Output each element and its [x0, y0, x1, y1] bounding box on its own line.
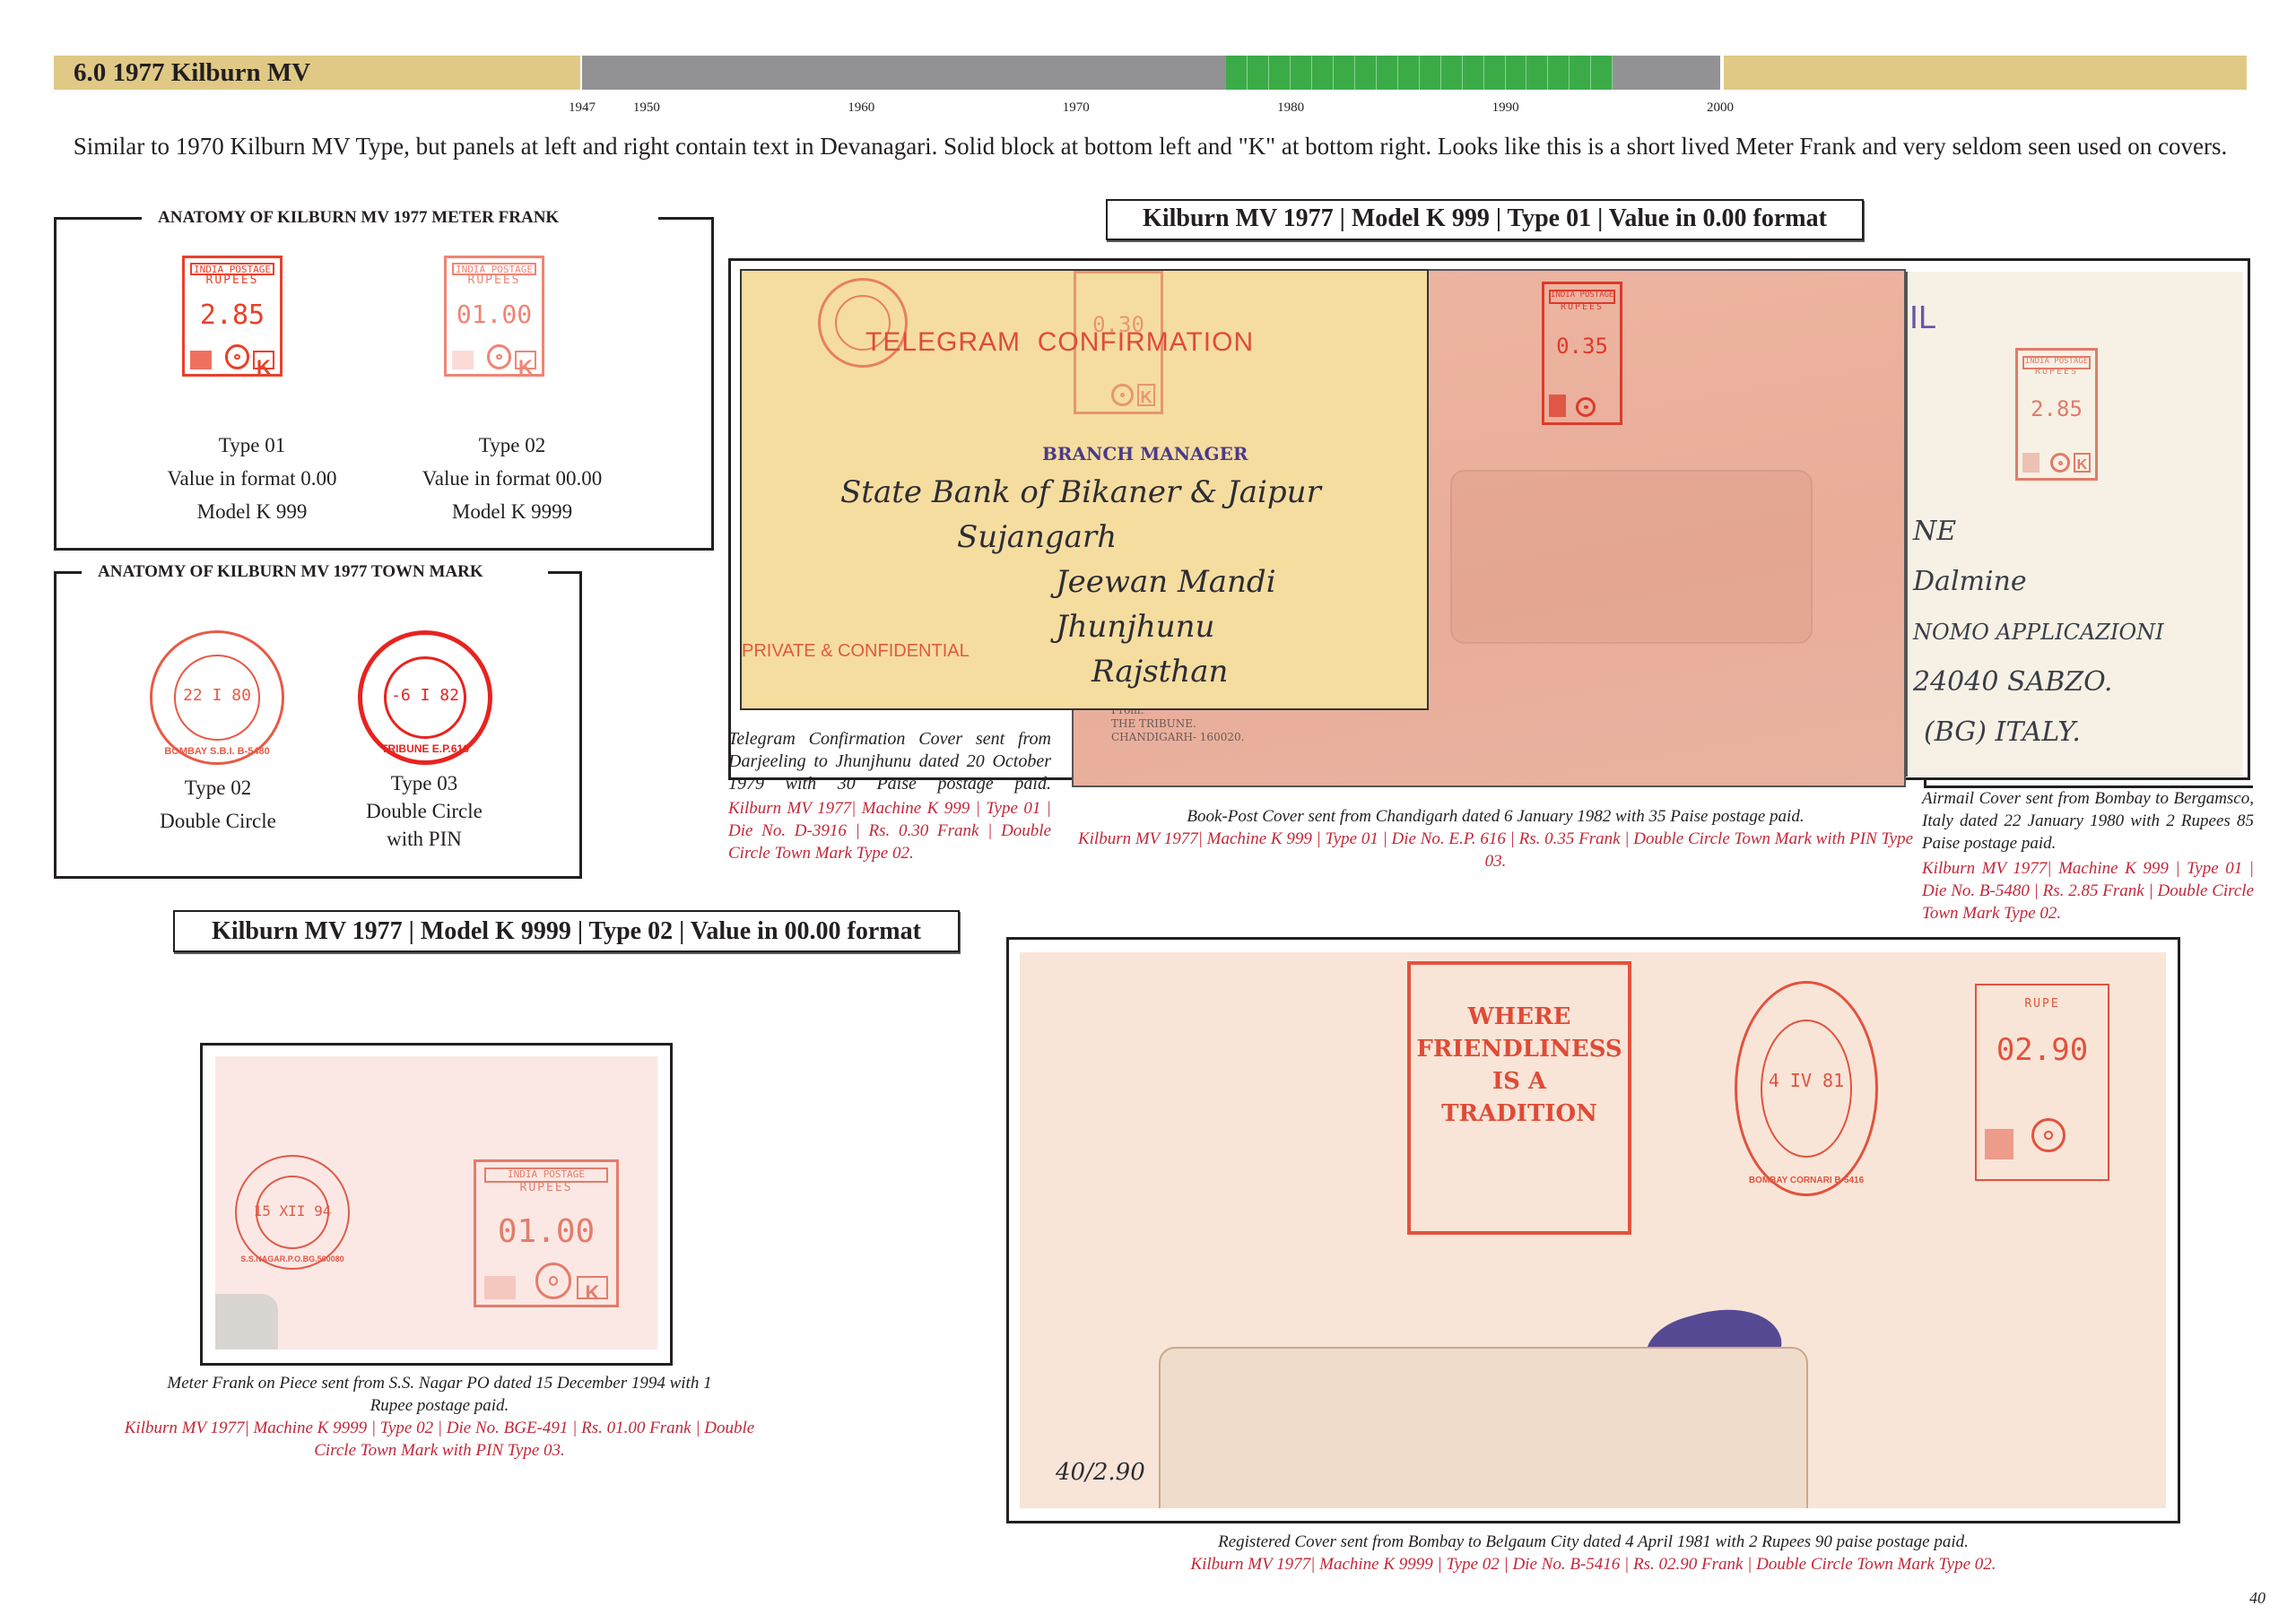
- meter-frank-type02: INDIA POSTAGE RUPEES 01.00 K: [444, 256, 544, 377]
- cover-telegram[interactable]: 0.30 K TELEGRAM CONFIRMATION BRANCH MANA…: [740, 269, 1429, 710]
- ashoka-chakra-icon: [1576, 397, 1596, 417]
- townmark-type03: -6 I 82 TRIBUNE E.P.616: [358, 630, 492, 765]
- caption-airmail: Airmail Cover sent from Bombay to Bergam…: [1922, 787, 2254, 924]
- page-title: 6.0 1977 Kilburn MV: [54, 56, 580, 90]
- timeline-tick-label: 1980: [1277, 100, 1304, 116]
- envelope-window: [1450, 470, 1813, 644]
- timeline-year-segment: [1420, 56, 1441, 90]
- cover-airmail[interactable]: IL INDIA POSTAGE RUPEES 2.85 K NE Dalmin…: [1906, 272, 2243, 777]
- handwritten-rate: 40/2.90: [1056, 1459, 1145, 1486]
- timeline-tick-label: 2000: [1707, 100, 1734, 116]
- townmark-type03-label: Type 03 Double Circle with PIN: [366, 769, 483, 853]
- ashoka-chakra-icon: [225, 344, 250, 369]
- caption-registered: Registered Cover sent from Bombay to Bel…: [1006, 1531, 2180, 1575]
- ashoka-chakra-icon: [1111, 384, 1133, 405]
- cover-registered[interactable]: WHERE FRIENDLINESS IS A TRADITION 4 IV 8…: [1020, 952, 2166, 1508]
- frank-type01-label: Type 01 Value in format 0.00 Model K 999: [167, 429, 336, 528]
- registered-meter: RUPE 02.90: [1975, 984, 2109, 1181]
- meter-frank-type01: INDIA POSTAGE RUPEES 2.85 K: [182, 256, 283, 377]
- timeline-year-segment: [1527, 56, 1549, 90]
- anatomy-frank-box: ANATOMY OF KILBURN MV 1977 METER FRANK I…: [54, 217, 714, 551]
- timeline-tick-label: 1970: [1063, 100, 1090, 116]
- timeline-tick-label: 1950: [633, 100, 660, 116]
- section-type02-headline: Kilburn MV 1977 | Model K 9999 | Type 02…: [173, 910, 960, 952]
- piece-townmark: 15 XII 94 S.S.NAGAR.P.O.BG.560080: [235, 1155, 350, 1270]
- timeline-tick-label: 1960: [848, 100, 874, 116]
- frank-type02-label: Type 02 Value in format 00.00 Model K 99…: [422, 429, 603, 528]
- section-type01-headline: Kilburn MV 1977 | Model K 999 | Type 01 …: [1106, 199, 1864, 240]
- telegram-banner: TELEGRAM CONFIRMATION: [865, 327, 1254, 358]
- caption-piece: Meter Frank on Piece sent from S.S. Naga…: [108, 1372, 771, 1462]
- envelope-window: [1159, 1347, 1808, 1508]
- intro-paragraph: Similar to 1970 Kilburn MV Type, but pan…: [54, 131, 2247, 161]
- airmail-address: NE Dalmine NOMO APPLICAZIONI 24040 SABZO…: [1913, 507, 2164, 758]
- ashoka-chakra-icon: [535, 1263, 572, 1299]
- timeline-year-segment: [1355, 56, 1377, 90]
- piece-meter: INDIA POSTAGE RUPEES 01.00 K: [474, 1159, 619, 1307]
- timeline-year-segment: [1591, 56, 1613, 90]
- ashoka-chakra-icon: [2050, 453, 2070, 473]
- cover-piece[interactable]: 15 XII 94 S.S.NAGAR.P.O.BG.560080 INDIA …: [215, 1056, 657, 1350]
- timeline-year-segment: [1570, 56, 1591, 90]
- timeline-tick-label: 1990: [1492, 100, 1519, 116]
- timeline-tick-label: 1947: [569, 100, 596, 116]
- timeline-year-segment: [1377, 56, 1398, 90]
- slogan-box: WHERE FRIENDLINESS IS A TRADITION: [1407, 961, 1631, 1235]
- townmark-type02: 22 I 80 BOMBAY S.B.I. B-5480: [150, 630, 284, 765]
- timeline-year-segment: [1463, 56, 1484, 90]
- piece-corner-fold: [215, 1294, 278, 1350]
- timeline-range-bar: [582, 56, 1720, 90]
- timeline-year-segment: [1291, 56, 1312, 90]
- townmark-type02-label: Type 02 Double Circle: [160, 771, 276, 838]
- anatomy-frank-title: ANATOMY OF KILBURN MV 1977 METER FRANK: [142, 206, 575, 230]
- timeline-year-segment: [1334, 56, 1355, 90]
- timeline-year-segment: [1548, 56, 1570, 90]
- book-post-meter: INDIA POSTAGE RUPEES 0.35: [1542, 282, 1622, 425]
- timeline-year-segment: [1226, 56, 1248, 90]
- ashoka-chakra-icon: [2031, 1118, 2066, 1152]
- timeline-active-range: [1226, 56, 1613, 90]
- timeline-year-segment: [1506, 56, 1527, 90]
- header-right-band: [1724, 56, 2247, 90]
- timeline-year-segment: [1398, 56, 1420, 90]
- airmail-meter: INDIA POSTAGE RUPEES 2.85 K: [2015, 348, 2098, 481]
- registered-townmark: 4 IV 81 BOMBAY CORNARI B-5416: [1735, 981, 1878, 1196]
- airmail-label: IL: [1909, 299, 1936, 336]
- timeline-year-segment: [1441, 56, 1463, 90]
- anatomy-townmark-title: ANATOMY OF KILBURN MV 1977 TOWN MARK: [82, 560, 500, 584]
- page-number: 40: [2249, 1587, 2266, 1610]
- timeline-year-segment: [1269, 56, 1291, 90]
- header-title-band: 6.0 1977 Kilburn MV: [54, 56, 580, 90]
- branch-manager-stamp: BRANCH MANAGER: [1042, 443, 1248, 464]
- timeline-year-segment: [1248, 56, 1269, 90]
- caption-telegram: Telegram Confirmation Cover sent from Da…: [728, 728, 1051, 864]
- ashoka-chakra-icon: [487, 344, 512, 369]
- private-confidential-label: PRIVATE & CONFIDENTIAL: [742, 641, 970, 662]
- caption-book-post: Book-Post Cover sent from Chandigarh dat…: [1067, 805, 1924, 872]
- timeline-year-segment: [1484, 56, 1506, 90]
- anatomy-townmark-box: ANATOMY OF KILBURN MV 1977 TOWN MARK 22 …: [54, 571, 582, 879]
- timeline-year-segment: [1312, 56, 1334, 90]
